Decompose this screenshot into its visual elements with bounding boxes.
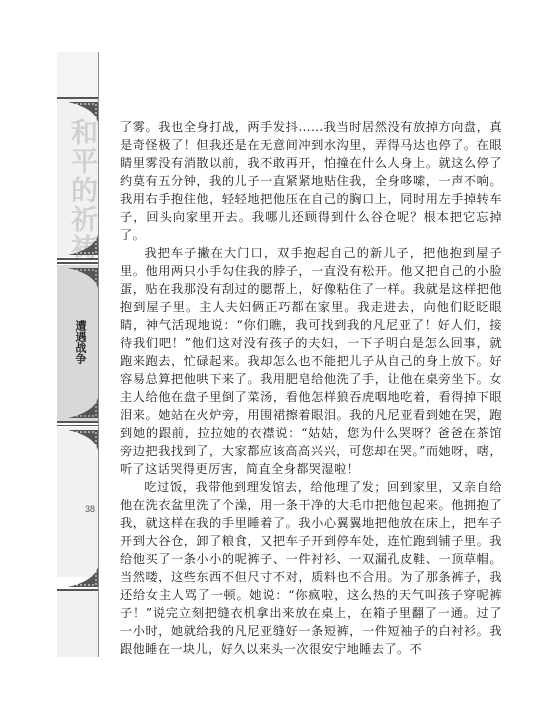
ornament-corner-icon — [68, 398, 98, 420]
body-text: 了雾。我也全身打战，两手发抖……我当时居然没有放掉方向盘，真是奇怪极了！但我还是… — [120, 118, 502, 658]
paragraph: 吃过饭，我带他到理发馆去，给他理了发；回到家里，又亲自给他在洗衣盆里洗了个澡，用… — [120, 478, 502, 658]
divider — [57, 258, 99, 260]
ornament-corner-icon — [68, 428, 98, 450]
divider — [57, 421, 99, 423]
sidebar-top-blank — [57, 52, 98, 97]
ornament-corner-icon — [68, 235, 98, 257]
ornament-corner-icon — [68, 567, 98, 589]
sidebar-bottom-blank — [57, 591, 98, 657]
vertical-rule — [98, 52, 99, 657]
page-number: 38 — [85, 504, 95, 514]
chapter-title: 遭遇战争 — [68, 320, 90, 364]
divider — [57, 425, 99, 426]
paragraph: 了雾。我也全身打战，两手发抖……我当时居然没有放掉方向盘，真是奇怪极了！但我还是… — [120, 118, 502, 244]
divider — [57, 262, 99, 264]
book-page: 和平的祈祷 遭遇战争 38 了雾。我也全身打战，两手发抖……我当时居然没有放掉方… — [0, 0, 550, 711]
paragraph: 我把车子撇在大门口，双手抱起自己的新儿子，把他抱到屋子里。他用两只小手勾住我的脖… — [120, 244, 502, 478]
ornament-corner-icon — [68, 266, 98, 288]
